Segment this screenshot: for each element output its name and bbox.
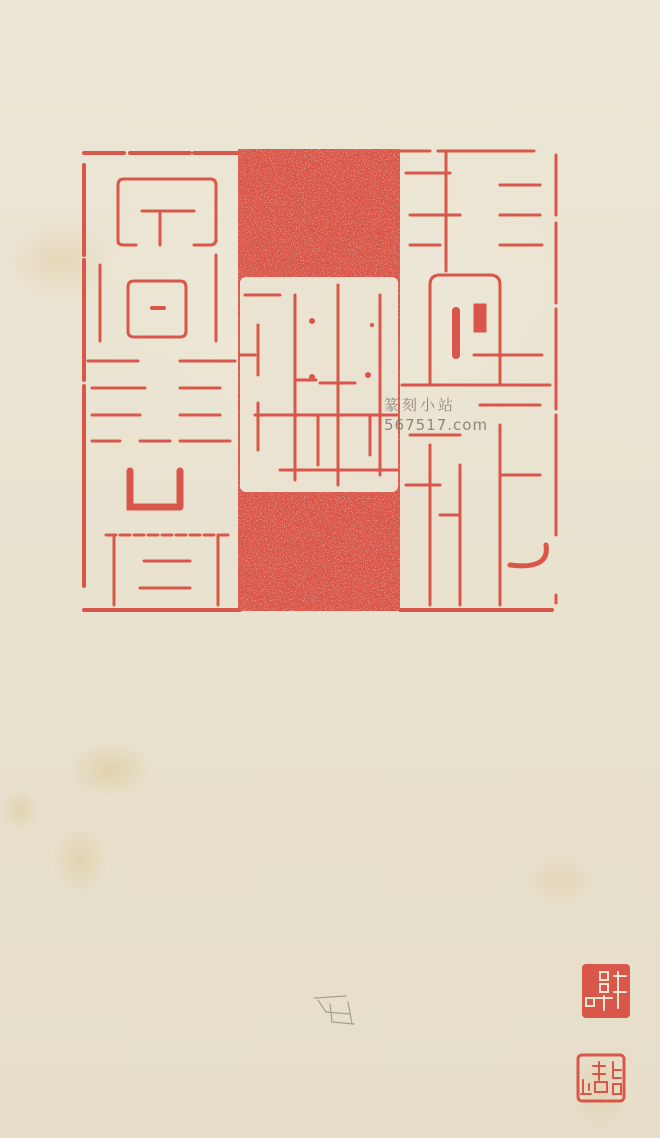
collector-seal-2 bbox=[575, 1052, 627, 1104]
watermark: 篆刻小站 567517.com bbox=[384, 398, 488, 433]
main-seal-impression bbox=[80, 145, 560, 615]
collector-seal-1 bbox=[580, 962, 632, 1020]
page-number-pencil-mark bbox=[310, 990, 360, 1030]
watermark-url: 567517.com bbox=[384, 418, 488, 433]
watermark-title: 篆刻小站 bbox=[384, 398, 488, 413]
